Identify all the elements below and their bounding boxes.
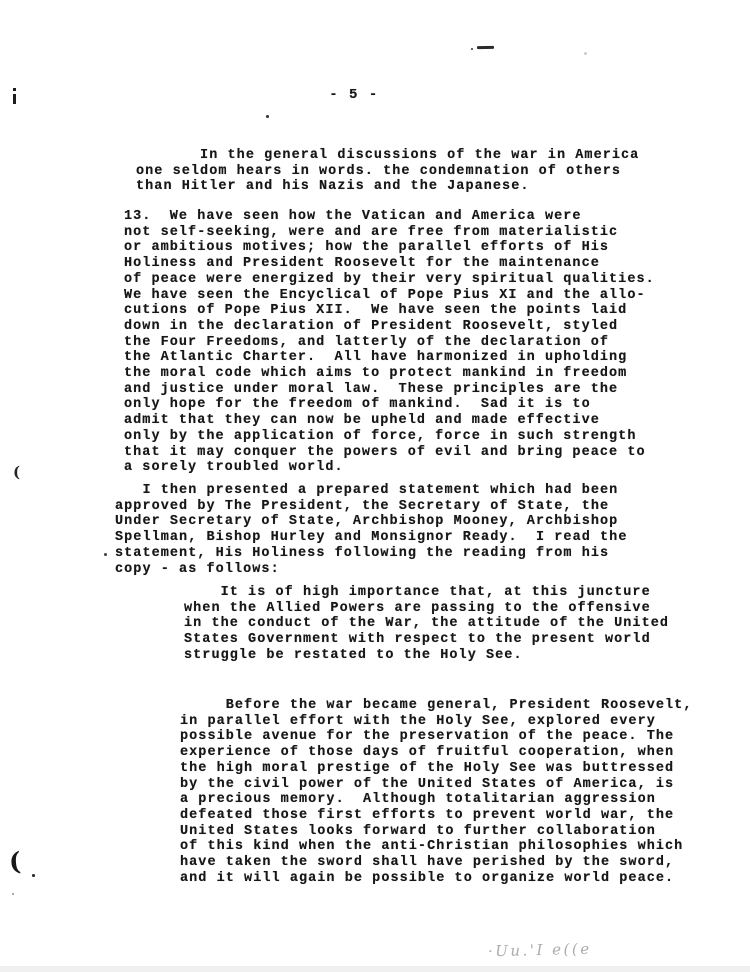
text-line: down in the declaration of President Roo… bbox=[124, 319, 655, 335]
text-line: struggle be restated to the Holy See. bbox=[184, 648, 669, 664]
stray-speck bbox=[12, 893, 14, 895]
handwritten-pencil-note: ·Uu.'I e((e bbox=[488, 940, 592, 961]
text-line: only by the application of force, force … bbox=[124, 429, 655, 445]
text-line: cutions of Pope Pius XII. We have seen t… bbox=[124, 303, 655, 319]
page-bottom-edge bbox=[0, 966, 750, 972]
text-line: Holiness and President Roosevelt for the… bbox=[124, 256, 655, 272]
text-line: have taken the sword shall have perished… bbox=[180, 855, 692, 871]
stray-speck bbox=[471, 48, 473, 50]
text-line: United States looks forward to further c… bbox=[180, 824, 692, 840]
text-line: by the civil power of the United States … bbox=[180, 777, 692, 793]
text-line: It is of high importance that, at this j… bbox=[184, 585, 669, 601]
paragraph-intro: In the general discussions of the war in… bbox=[136, 148, 639, 195]
blockquote-statement-2: Before the war became general, President… bbox=[180, 698, 692, 886]
text-line: and justice under moral law. These princ… bbox=[124, 382, 655, 398]
text-line: statement, His Holiness following the re… bbox=[115, 546, 627, 562]
text-line: or ambitious motives; how the parallel e… bbox=[124, 240, 655, 256]
text-line: Spellman, Bishop Hurley and Monsignor Re… bbox=[115, 530, 627, 546]
blockquote-statement-1: It is of high importance that, at this j… bbox=[184, 585, 669, 664]
stray-speck bbox=[104, 553, 107, 556]
text-line: of this kind when the anti-Christian phi… bbox=[180, 839, 692, 855]
text-line: Before the war became general, President… bbox=[180, 698, 692, 714]
text-line: Under Secretary of State, Archbishop Moo… bbox=[115, 514, 627, 530]
text-line: the high moral prestige of the Holy See … bbox=[180, 761, 692, 777]
margin-tick-mark bbox=[13, 94, 16, 104]
stray-speck bbox=[584, 52, 587, 55]
text-line: a sorely troubled world. bbox=[124, 460, 655, 476]
text-line: that it may conquer the powers of evil a… bbox=[124, 445, 655, 461]
paragraph-13: 13. We have seen how the Vatican and Ame… bbox=[124, 209, 655, 476]
text-line: in parallel effort with the Holy See, ex… bbox=[180, 714, 692, 730]
text-line: 13. We have seen how the Vatican and Ame… bbox=[124, 209, 655, 225]
margin-paren-mark: ( bbox=[8, 847, 22, 877]
text-line: I then presented a prepared statement wh… bbox=[115, 483, 627, 499]
text-line: when the Allied Powers are passing to th… bbox=[184, 601, 669, 617]
text-line: In the general discussions of the war in… bbox=[136, 148, 639, 164]
text-line: We have seen the Encyclical of Pope Pius… bbox=[124, 288, 655, 304]
text-line: possible avenue for the preservation of … bbox=[180, 729, 692, 745]
stray-speck bbox=[32, 874, 35, 877]
scanned-document-page: - 5 - ( ( In the general discussions of … bbox=[0, 0, 750, 972]
margin-paren-mark: ( bbox=[13, 463, 20, 481]
text-line: defeated those first efforts to prevent … bbox=[180, 808, 692, 824]
text-line: copy - as follows: bbox=[115, 562, 627, 578]
text-line: a precious memory. Although totalitarian… bbox=[180, 792, 692, 808]
text-line: one seldom hears in words. the condemnat… bbox=[136, 164, 639, 180]
text-line: of peace were energized by their very sp… bbox=[124, 272, 655, 288]
text-line: than Hitler and his Nazis and the Japane… bbox=[136, 179, 639, 195]
text-line: approved by The President, the Secretary… bbox=[115, 499, 627, 515]
text-line: experience of those days of fruitful coo… bbox=[180, 745, 692, 761]
stray-dash-mark bbox=[477, 46, 494, 49]
paragraph-statement-intro: I then presented a prepared statement wh… bbox=[115, 483, 627, 577]
text-line: and it will again be possible to organiz… bbox=[180, 871, 692, 887]
stray-speck bbox=[266, 115, 269, 118]
margin-tick-mark bbox=[13, 88, 16, 91]
text-line: the Four Freedoms, and latterly of the d… bbox=[124, 335, 655, 351]
text-line: the Atlantic Charter. All have harmonize… bbox=[124, 350, 655, 366]
page-number: - 5 - bbox=[0, 87, 708, 103]
text-line: the moral code which aims to protect man… bbox=[124, 366, 655, 382]
text-line: in the conduct of the War, the attitude … bbox=[184, 616, 669, 632]
text-line: only hope for the freedom of mankind. Sa… bbox=[124, 397, 655, 413]
text-line: States Government with respect to the pr… bbox=[184, 632, 669, 648]
text-line: admit that they can now be upheld and ma… bbox=[124, 413, 655, 429]
text-line: not self-seeking, were and are free from… bbox=[124, 225, 655, 241]
